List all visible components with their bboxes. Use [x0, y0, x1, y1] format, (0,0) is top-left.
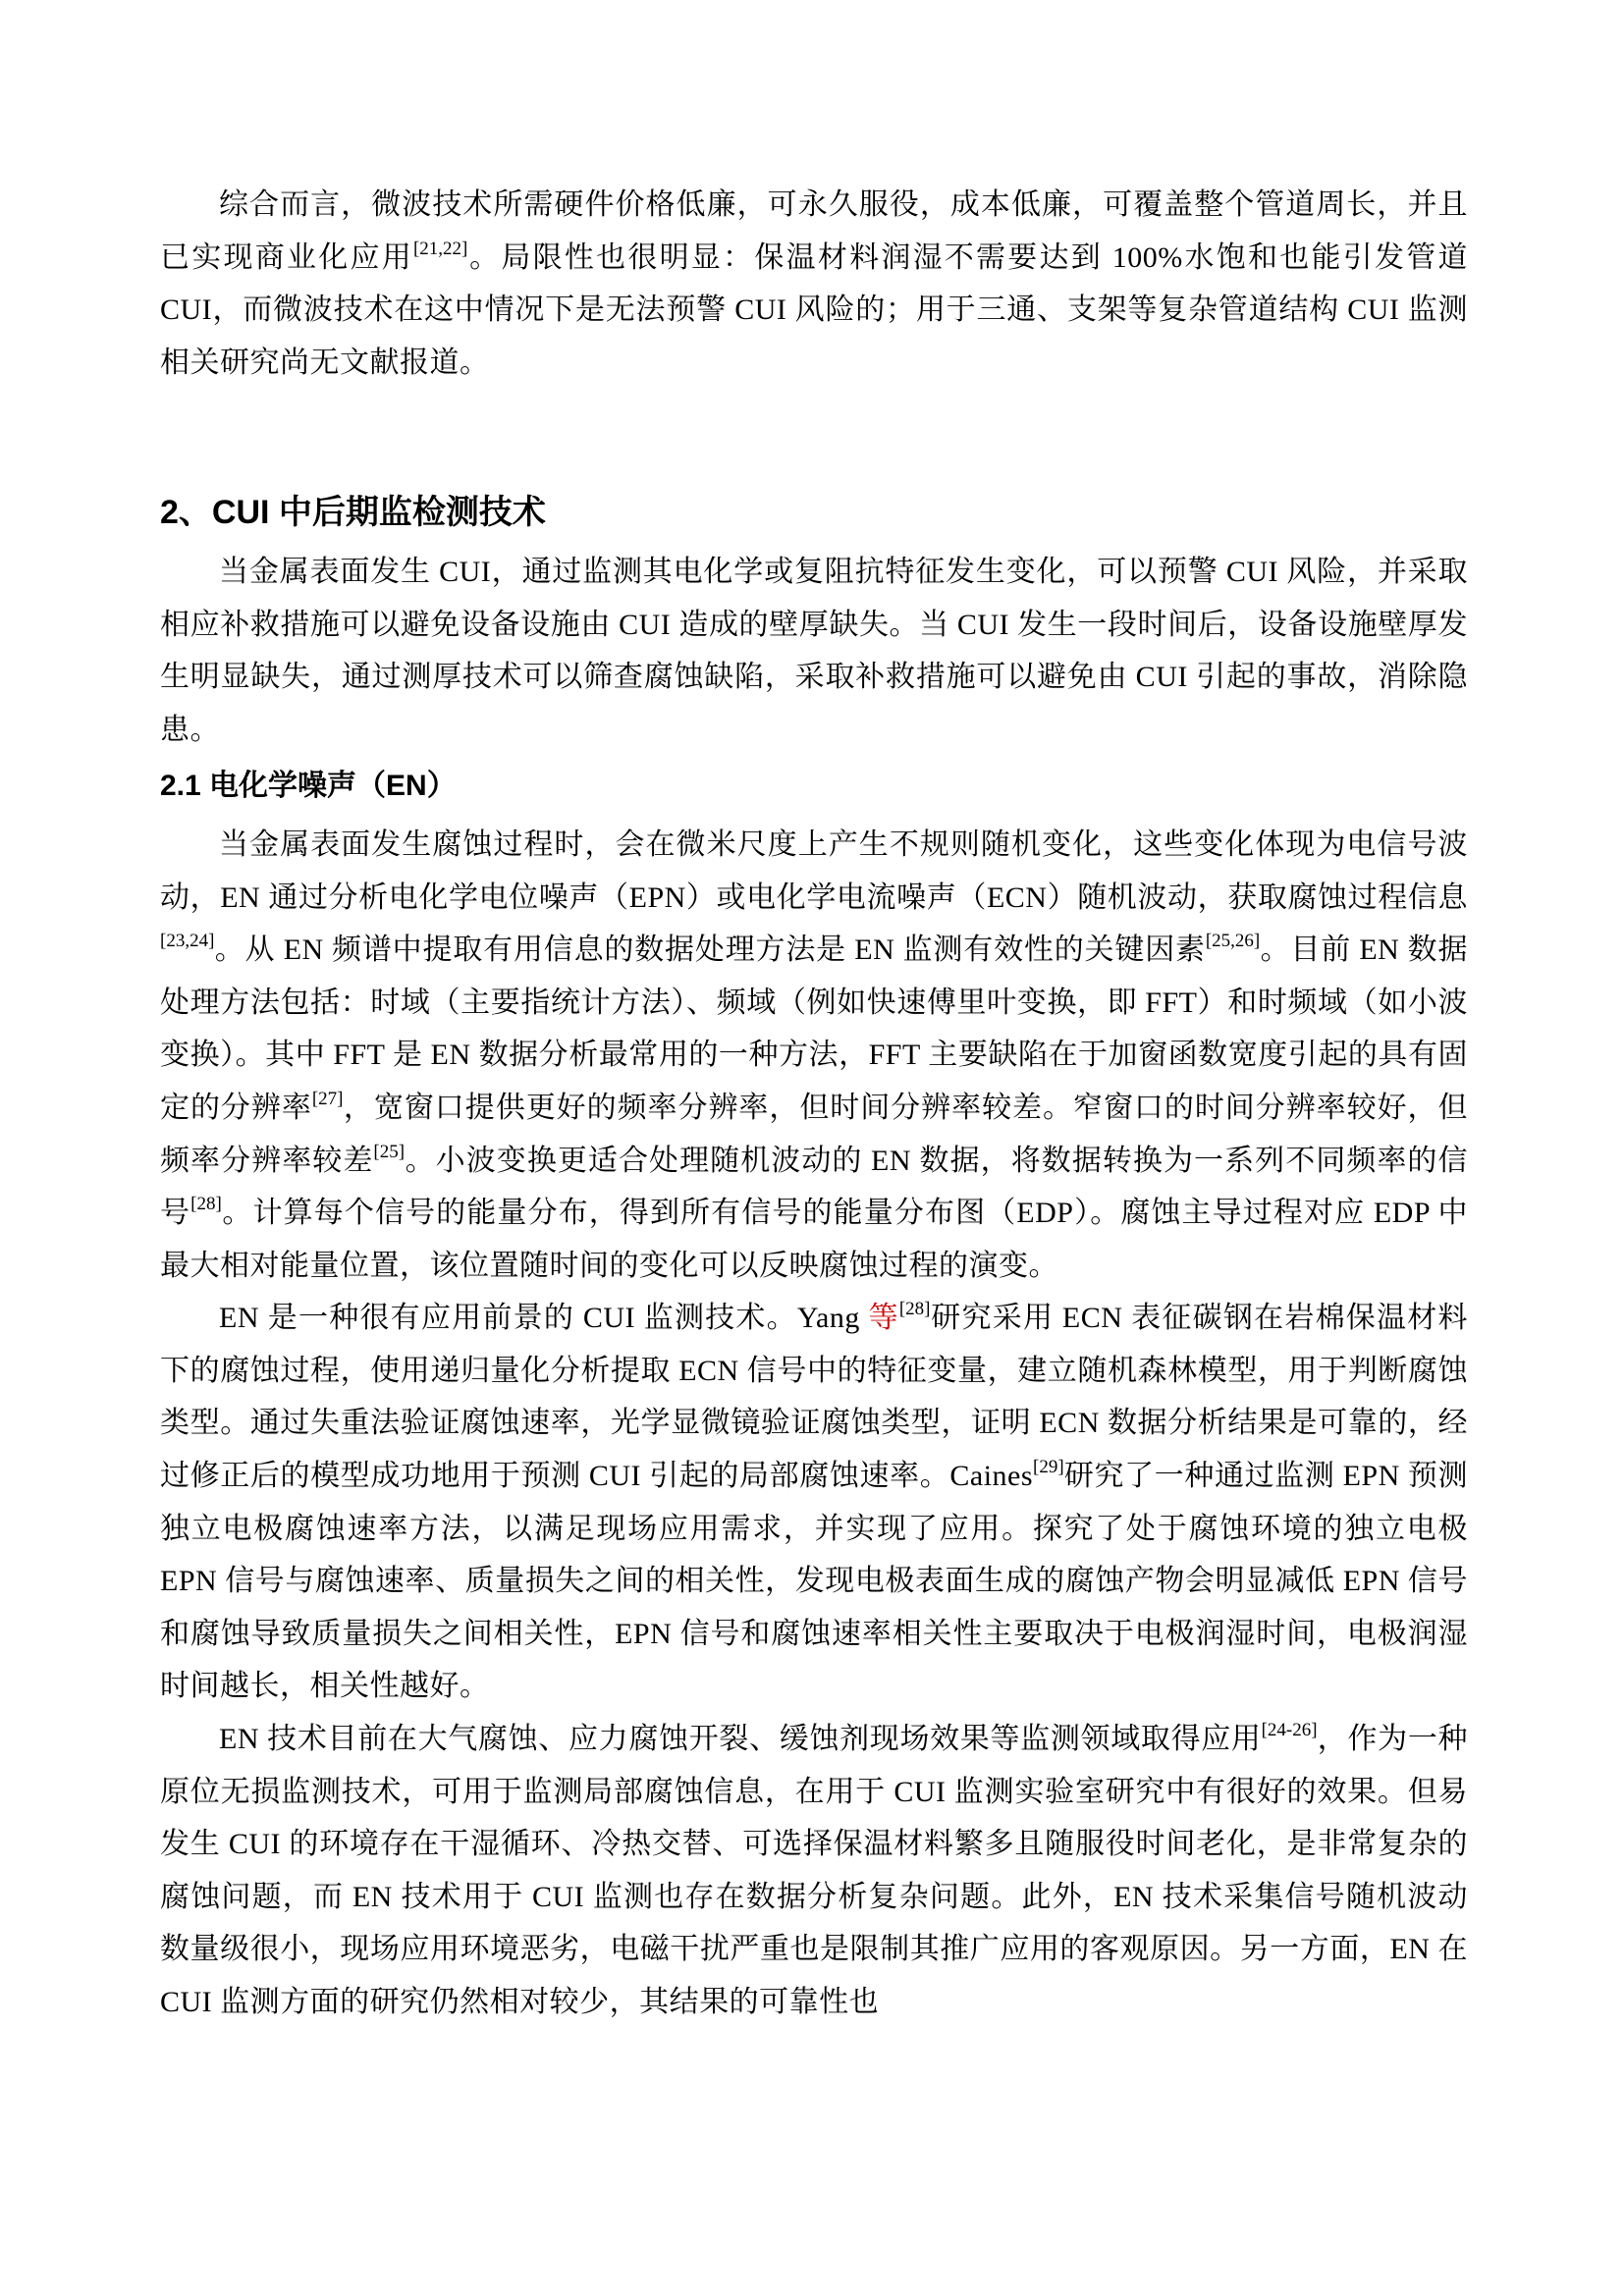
- text-run: 研究了一种通过监测 EPN 预测独立电极腐蚀速率方法，以满足现场应用需求，并实现…: [160, 1460, 1468, 1702]
- citation-ref: [24-26]: [1262, 1720, 1318, 1740]
- text-run: 。计算每个信号的能量分布，得到所有信号的能量分布图（EDP）。腐蚀主导过程对应 …: [160, 1197, 1468, 1282]
- highlighted-text-run: 等: [869, 1302, 899, 1334]
- text-run: EN 技术目前在大气腐蚀、应力腐蚀开裂、缓蚀剂现场效果等监测领域取得应用: [219, 1723, 1262, 1755]
- citation-ref: [25]: [373, 1142, 405, 1162]
- citation-ref: [29]: [1033, 1457, 1064, 1477]
- text-run: 当金属表面发生 CUI，通过监测其电化学或复阻抗特征发生变化，可以预警 CUI …: [160, 556, 1468, 746]
- text-run: EN 是一种很有应用前景的 CUI 监测技术。Yang: [219, 1302, 869, 1334]
- citation-ref: [28]: [190, 1194, 222, 1214]
- paragraph-microwave-summary: 综合而言，微波技术所需硬件价格低廉，可永久服役，成本低廉，可覆盖整个管道周长，并…: [160, 179, 1468, 389]
- paragraph-en-principle: 当金属表面发生腐蚀过程时，会在微米尺度上产生不规则随机变化，这些变化体现为电信号…: [160, 819, 1468, 1292]
- citation-ref: [23,24]: [160, 931, 214, 951]
- citation-ref: [28]: [899, 1299, 931, 1319]
- citation-ref: [27]: [312, 1089, 344, 1109]
- text-run: ，作为一种原位无损监测技术，可用于监测局部腐蚀信息，在用于 CUI 监测实验室研…: [160, 1723, 1468, 2018]
- paragraph-en-application: EN 技术目前在大气腐蚀、应力腐蚀开裂、缓蚀剂现场效果等监测领域取得应用[24-…: [160, 1713, 1468, 2029]
- page-content: 综合而言，微波技术所需硬件价格低廉，可永久服役，成本低廉，可覆盖整个管道周长，并…: [160, 179, 1468, 2029]
- citation-ref: [25,26]: [1206, 931, 1260, 951]
- document-page: 综合而言，微波技术所需硬件价格低廉，可永久服役，成本低廉，可覆盖整个管道周长，并…: [0, 0, 1624, 2296]
- text-run: 当金属表面发生腐蚀过程时，会在微米尺度上产生不规则随机变化，这些变化体现为电信号…: [160, 828, 1468, 914]
- citation-ref: [21,22]: [413, 239, 467, 259]
- subsection-heading: 2.1 电化学噪声（EN）: [160, 760, 1468, 813]
- section-heading: 2、CUI 中后期监检测技术: [160, 487, 1468, 540]
- paragraph-en-research: EN 是一种很有应用前景的 CUI 监测技术。Yang 等[28]研究采用 EC…: [160, 1292, 1468, 1713]
- text-run: 。从 EN 频谱中提取有用信息的数据处理方法是 EN 监测有效性的关键因素: [214, 934, 1205, 966]
- paragraph-section-intro: 当金属表面发生 CUI，通过监测其电化学或复阻抗特征发生变化，可以预警 CUI …: [160, 546, 1468, 756]
